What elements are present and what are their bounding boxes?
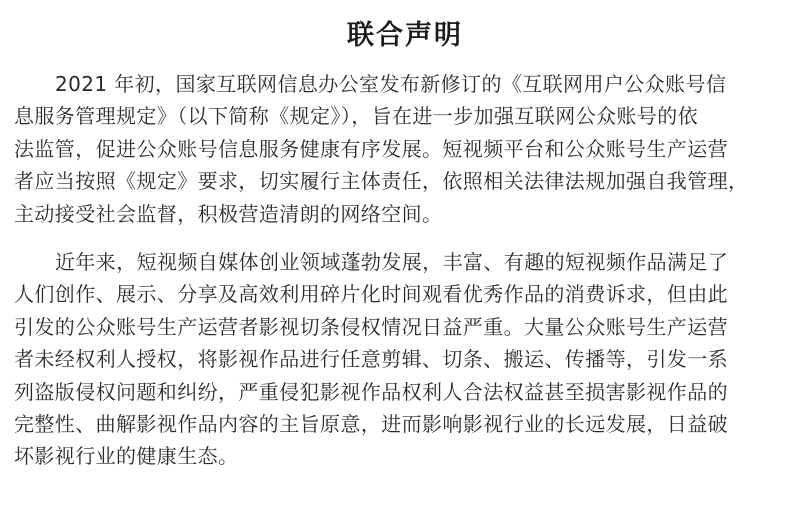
paragraph-line: 法监管，促进公众账号信息服务健康有序发展。短视频平台和公众账号生产运营 xyxy=(14,133,788,165)
paragraph-line: 列盗版侵权问题和纠纷，严重侵犯影视作品权利人合法权益甚至损害影视作品的 xyxy=(14,376,788,408)
paragraph-line: 完整性、曲解影视作品内容的主旨原意，进而影响影视行业的长远发展，日益破 xyxy=(14,408,788,440)
document-title: 联合声明 xyxy=(14,0,788,60)
paragraph-line: 者未经权利人授权，将影视作品进行任意剪辑、切条、搬运、传播等，引发一系 xyxy=(14,343,788,375)
paragraph-line: 息服务管理规定》（以下简称《规定》），旨在进一步加强互联网公众账号的依 xyxy=(14,100,788,132)
paragraph-1: 2021 年初，国家互联网信息办公室发布新修订的《互联网用户公众账号信 息服务管… xyxy=(14,68,788,230)
paragraph-line: 引发的公众账号生产运营者影视切条侵权情况日益严重。大量公众账号生产运营 xyxy=(14,311,788,343)
paragraph-line: 坏影视行业的健康生态。 xyxy=(14,440,788,472)
paragraph-2: 近年来，短视频自媒体创业领域蓬勃发展，丰富、有趣的短视频作品满足了 人们创作、展… xyxy=(14,246,788,473)
paragraph-line: 近年来，短视频自媒体创业领域蓬勃发展，丰富、有趣的短视频作品满足了 xyxy=(14,246,788,278)
paragraph-line: 2021 年初，国家互联网信息办公室发布新修订的《互联网用户公众账号信 xyxy=(14,68,788,100)
document: 联合声明 2021 年初，国家互联网信息办公室发布新修订的《互联网用户公众账号信… xyxy=(14,0,788,473)
paragraph-line: 主动接受社会监督，积极营造清朗的网络空间。 xyxy=(14,198,788,230)
paragraph-line: 人们创作、展示、分享及高效利用碎片化时间观看优秀作品的消费诉求，但由此 xyxy=(14,278,788,310)
paragraph-line: 者应当按照《规定》要求，切实履行主体责任，依照相关法律法规加强自我管理， xyxy=(14,165,788,197)
